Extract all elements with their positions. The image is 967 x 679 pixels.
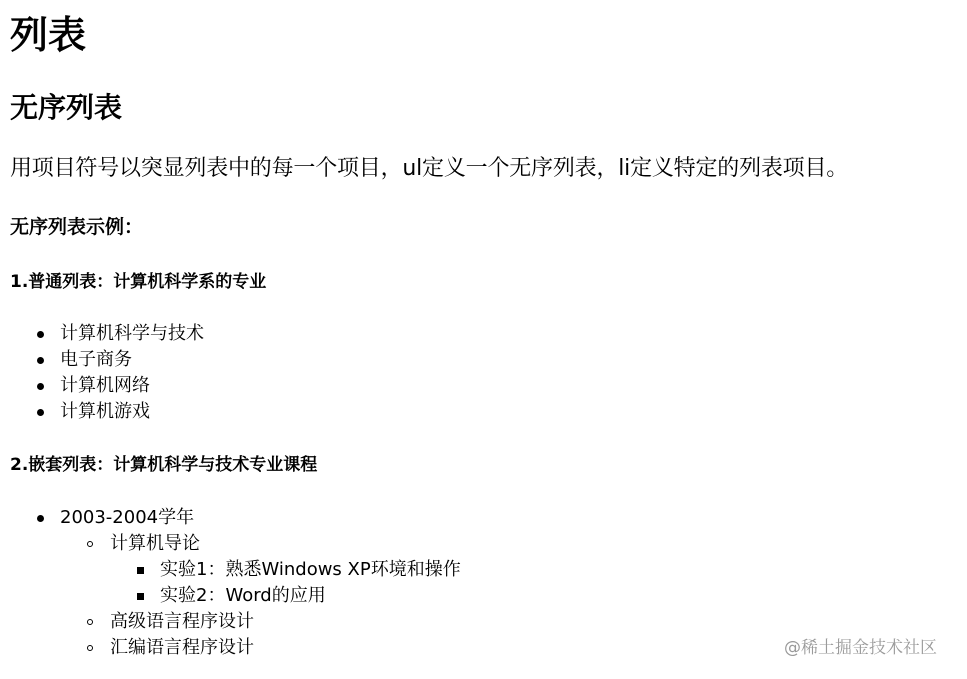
disc-bullet-icon bbox=[37, 409, 44, 416]
plain-list-heading: 1.普通列表：计算机科学系的专业 bbox=[10, 270, 266, 294]
nested-sublist: 计算机导论 实验1：熟悉Windows XP环境和操作 实验2：Word的应用 bbox=[60, 531, 461, 661]
list-item-label: 电子商务 bbox=[60, 349, 132, 370]
disc-bullet-icon bbox=[37, 331, 44, 338]
list-item-label: 高级语言程序设计 bbox=[110, 611, 254, 632]
list-item: 计算机科学与技术 bbox=[10, 321, 204, 347]
list-item-lab: 实验2：Word的应用 bbox=[110, 583, 461, 609]
disc-bullet-icon bbox=[37, 383, 44, 390]
list-item-label: 实验1：熟悉Windows XP环境和操作 bbox=[160, 559, 461, 580]
square-bullet-icon bbox=[137, 567, 144, 574]
nested-sublist-lab: 实验1：熟悉Windows XP环境和操作 实验2：Word的应用 bbox=[110, 557, 461, 609]
list-item-label: 计算机游戏 bbox=[60, 401, 150, 422]
list-item-label: 汇编语言程序设计 bbox=[110, 637, 254, 658]
list-item: 电子商务 bbox=[10, 347, 204, 373]
square-bullet-icon bbox=[137, 593, 144, 600]
circle-bullet-icon bbox=[87, 541, 93, 547]
circle-bullet-icon bbox=[87, 619, 93, 625]
plain-list: 计算机科学与技术 电子商务 计算机网络 计算机游戏 bbox=[10, 321, 204, 425]
list-item-course: 计算机导论 实验1：熟悉Windows XP环境和操作 实验2：Word的应用 bbox=[60, 531, 461, 609]
circle-bullet-icon bbox=[87, 645, 93, 651]
example-heading: 无序列表示例： bbox=[10, 214, 143, 240]
list-item-label: 计算机导论 bbox=[110, 533, 200, 554]
intro-paragraph: 用项目符号以突显列表中的每一个项目，ul定义一个无序列表，li定义特定的列表项目… bbox=[10, 153, 848, 185]
list-item-lab: 实验1：熟悉Windows XP环境和操作 bbox=[110, 557, 461, 583]
disc-bullet-icon bbox=[37, 515, 44, 522]
nested-list-heading: 2.嵌套列表：计算机科学与技术专业课程 bbox=[10, 453, 317, 477]
list-item: 计算机网络 bbox=[10, 373, 204, 399]
list-item-label: 实验2：Word的应用 bbox=[160, 585, 326, 606]
list-item-year: 2003-2004学年 计算机导论 实验1：熟悉Windows XP环境和操作 … bbox=[10, 505, 461, 661]
nested-list: 2003-2004学年 计算机导论 实验1：熟悉Windows XP环境和操作 … bbox=[10, 505, 461, 661]
list-item-course: 高级语言程序设计 bbox=[60, 609, 461, 635]
list-item-label: 2003-2004学年 bbox=[60, 507, 194, 528]
disc-bullet-icon bbox=[37, 357, 44, 364]
watermark: @稀土掘金技术社区 bbox=[784, 636, 937, 660]
list-item-label: 计算机网络 bbox=[60, 375, 150, 396]
list-item-course: 汇编语言程序设计 bbox=[60, 635, 461, 661]
list-item: 计算机游戏 bbox=[10, 399, 204, 425]
section-heading-unordered-list: 无序列表 bbox=[10, 91, 122, 125]
page-title: 列表 bbox=[10, 12, 86, 58]
list-item-label: 计算机科学与技术 bbox=[60, 323, 204, 344]
